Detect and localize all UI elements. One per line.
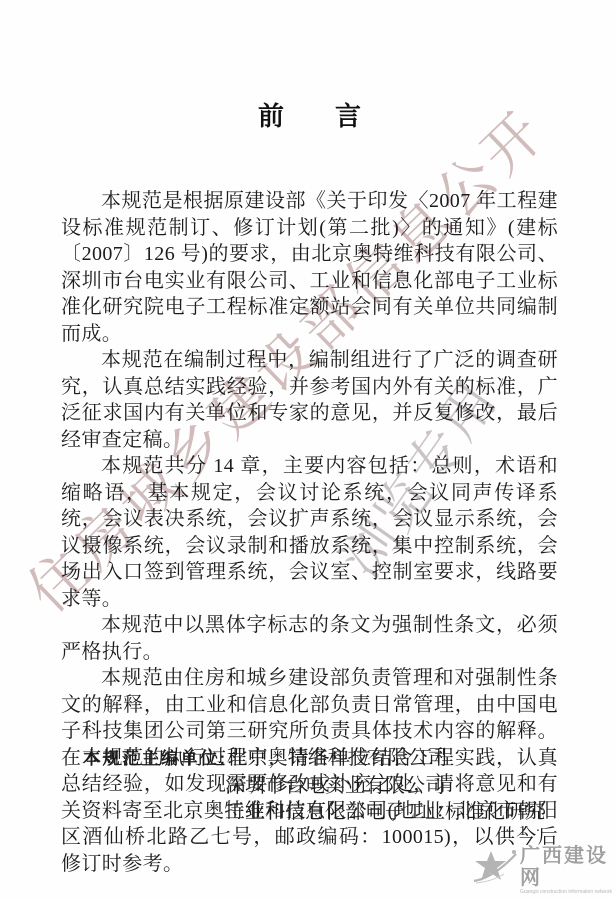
star-swoosh-icon (472, 845, 518, 894)
logo-site-name: 广西建设网 (520, 845, 615, 889)
organization-1: 北京奥特维科技有限公司 (228, 747, 448, 769)
paragraph-3: 本规范共分 14 章，主要内容包括：总则，术语和缩略语，基本规定，会议讨论系统，… (61, 453, 558, 612)
colophon-colon: : (220, 749, 228, 768)
paragraph-1: 本规范是根据原建设部《关于印发〈2007 年工程建设标准规范制订、修订计划(第二… (61, 188, 558, 347)
page-number: · 1 · (505, 824, 543, 840)
logo-text-wrap: 广西建设网 Guangxi construction information n… (520, 845, 615, 895)
colophon: 本规范主编单位:北京奥特维科技有限公司 深圳市台电实业有限公司 工业和信息化部电… (83, 745, 558, 826)
site-logo: 广西建设网 Guangxi construction information n… (472, 845, 615, 895)
document-page: 住房城乡建设部信息公开 浏览专用 前 言 本规范是根据原建设部《关于印发〈200… (0, 0, 615, 898)
organization-2: 深圳市台电实业有限公司 (225, 773, 558, 800)
page-title: 前 言 (61, 103, 558, 131)
logo-caption: Guangxi construction information network… (520, 889, 612, 895)
paragraph-4-mandatory-clause: 本规范中以黑体字标志的条文为强制性条文，必须严格执行。 (61, 612, 558, 665)
paragraph-2: 本规范在编制过程中，编制组进行了广泛的调查研究，认真总结实践经验，并参考国内外有… (61, 347, 558, 453)
title-char-1: 前 (258, 103, 284, 131)
colophon-label: 本规范主编单位 (83, 749, 220, 768)
organization-3: 工业和信息化部电子工业标准化研究 (225, 799, 558, 826)
colophon-row-1: 本规范主编单位:北京奥特维科技有限公司 (83, 745, 558, 773)
title-char-2: 言 (335, 103, 361, 131)
